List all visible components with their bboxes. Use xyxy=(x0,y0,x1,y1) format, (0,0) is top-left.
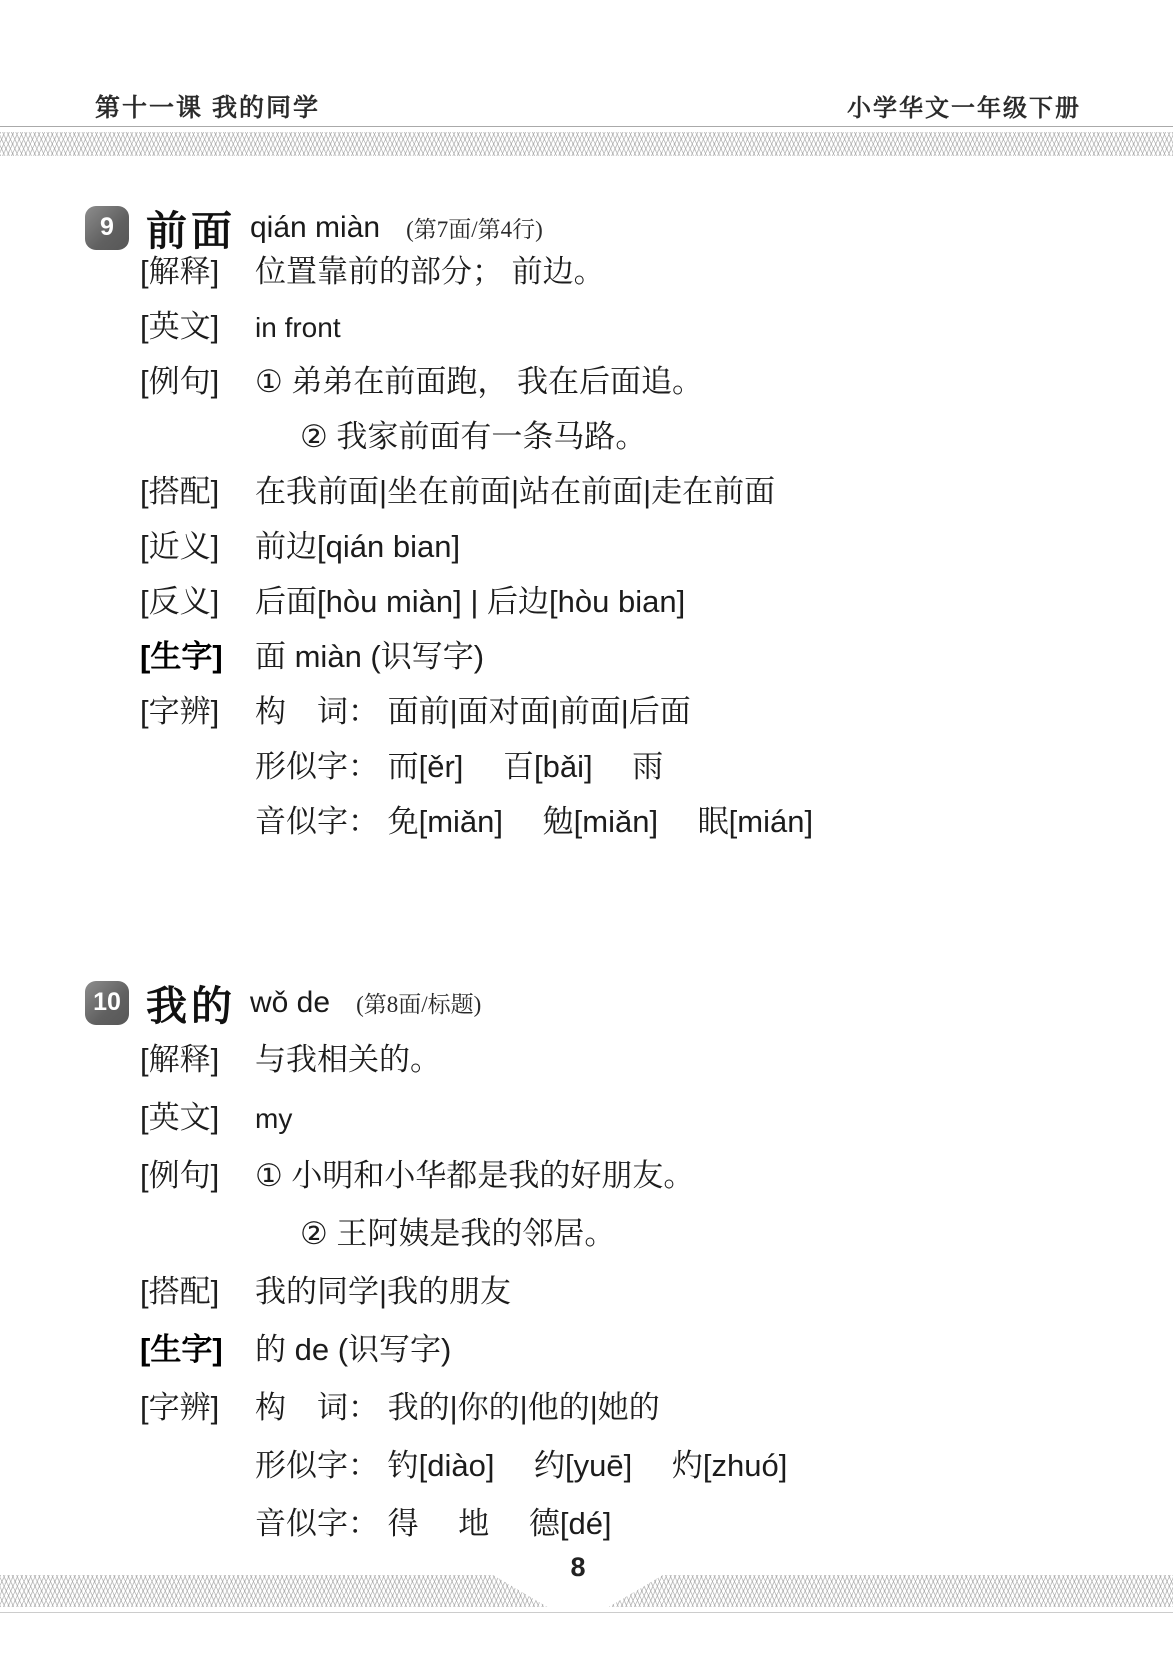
entry-term: 前面 xyxy=(146,198,236,257)
row-text: 音似字： 免[miǎn] 勉[miǎn] 眠[mián] xyxy=(255,804,813,839)
row-label: [近义] xyxy=(140,527,255,567)
row-text: 构 词： 面前|面对面|前面|后面 xyxy=(255,694,691,729)
row-text: 在我前面|坐在前面|站在前面|走在前面 xyxy=(255,474,775,509)
row-label: [例句] xyxy=(140,362,255,402)
entry-source-ref: (第8面/标题) xyxy=(356,986,481,1019)
entry-10-row-explain: [解释]与我相关的。 xyxy=(140,1040,441,1080)
row-text: ① 小明和小华都是我的好朋友。 xyxy=(255,1158,694,1193)
row-label: [例句] xyxy=(140,1156,255,1196)
textbook-page: 第十一课 我的同学 小学华文一年级下册 9 前面 qián miàn (第7面/… xyxy=(0,0,1173,1667)
entry-10-row-example-1: [例句]① 小明和小华都是我的好朋友。 xyxy=(140,1156,694,1196)
row-text: in front xyxy=(255,312,341,343)
row-label: [反义] xyxy=(140,582,255,622)
header-lesson-title: 第十一课 我的同学 xyxy=(95,88,320,124)
entry-10-row-new-char: [生字]的 de (识写字) xyxy=(140,1330,451,1370)
row-text: 形似字： 而[ěr] 百[bǎi] 雨 xyxy=(255,749,663,784)
entry-9-row-similar-form: 形似字： 而[ěr] 百[bǎi] 雨 xyxy=(255,747,663,787)
row-text: 前边[qián bian] xyxy=(255,529,460,564)
row-label: [解释] xyxy=(140,1040,255,1080)
entry-10-row-english: [英文]my xyxy=(140,1098,292,1139)
entry-9-row-example-2: ② 我家前面有一条马路。 xyxy=(300,417,646,457)
entry-9-row-antonym: [反义]后面[hòu miàn] | 后边[hòu bian] xyxy=(140,582,685,622)
row-text: ② 王阿姨是我的邻居。 xyxy=(300,1216,615,1251)
footer-divider-line xyxy=(0,1612,1173,1613)
row-label: [生字] xyxy=(140,637,255,677)
page-number: 8 xyxy=(503,1552,653,1583)
row-text: ② 我家前面有一条马路。 xyxy=(300,419,646,454)
row-label: [字辨] xyxy=(140,1388,255,1428)
row-label: [生字] xyxy=(140,1330,255,1370)
row-text: my xyxy=(255,1103,292,1134)
row-text: 与我相关的。 xyxy=(255,1042,441,1077)
entry-9-row-similar-sound: 音似字： 免[miǎn] 勉[miǎn] 眠[mián] xyxy=(255,802,813,842)
entry-number-badge: 9 xyxy=(85,206,129,250)
row-label: [解释] xyxy=(140,252,255,292)
row-text: 后面[hòu miàn] | 后边[hòu bian] xyxy=(255,584,685,619)
row-text: 音似字： 得 地 德[dé] xyxy=(255,1506,612,1541)
row-text: 的 de (识写字) xyxy=(255,1332,451,1367)
entry-pinyin: qián miàn xyxy=(250,211,380,245)
entry-10-row-char-compare: [字辨]构 词： 我的|你的|他的|她的 xyxy=(140,1388,660,1428)
row-text: 我的同学|我的朋友 xyxy=(255,1274,511,1309)
header-chevron-band xyxy=(0,132,1173,156)
entry-10-row-similar-form: 形似字： 钓[diào] 约[yuē] 灼[zhuó] xyxy=(255,1446,787,1486)
entry-number-badge: 10 xyxy=(85,981,129,1025)
row-label: [搭配] xyxy=(140,1272,255,1312)
entry-10-title: 10 我的 wǒ de (第8面/标题) xyxy=(85,973,481,1032)
header-divider-line xyxy=(0,126,1173,127)
entry-10-row-similar-sound: 音似字： 得 地 德[dé] xyxy=(255,1504,612,1544)
row-label: [英文] xyxy=(140,307,255,347)
entry-9-row-char-compare: [字辨]构 词： 面前|面对面|前面|后面 xyxy=(140,692,691,732)
row-text: 位置靠前的部分； 前边。 xyxy=(255,254,605,289)
entry-9-row-explain: [解释]位置靠前的部分； 前边。 xyxy=(140,252,605,292)
entry-9-row-english: [英文]in front xyxy=(140,307,341,348)
entry-9-row-synonym: [近义]前边[qián bian] xyxy=(140,527,460,567)
entry-10-row-collocation: [搭配]我的同学|我的朋友 xyxy=(140,1272,511,1312)
row-label: [字辨] xyxy=(140,692,255,732)
entry-source-ref: (第7面/第4行) xyxy=(406,211,543,244)
row-label: [搭配] xyxy=(140,472,255,512)
entry-9-title: 9 前面 qián miàn (第7面/第4行) xyxy=(85,198,543,257)
entry-10-row-example-2: ② 王阿姨是我的邻居。 xyxy=(300,1214,615,1254)
row-text: 构 词： 我的|你的|他的|她的 xyxy=(255,1390,660,1425)
row-text: 面 miàn (识写字) xyxy=(255,639,484,674)
entry-term: 我的 xyxy=(146,973,236,1032)
entry-9-row-collocation: [搭配]在我前面|坐在前面|站在前面|走在前面 xyxy=(140,472,775,512)
row-label: [英文] xyxy=(140,1098,255,1138)
entry-9-row-new-char: [生字]面 miàn (识写字) xyxy=(140,637,484,677)
header-book-title: 小学华文一年级下册 xyxy=(847,88,1081,123)
entry-pinyin: wǒ de xyxy=(250,986,330,1020)
row-text: 形似字： 钓[diào] 约[yuē] 灼[zhuó] xyxy=(255,1448,787,1483)
entry-9-row-example-1: [例句]① 弟弟在前面跑， 我在后面追。 xyxy=(140,362,703,402)
row-text: ① 弟弟在前面跑， 我在后面追。 xyxy=(255,364,703,399)
